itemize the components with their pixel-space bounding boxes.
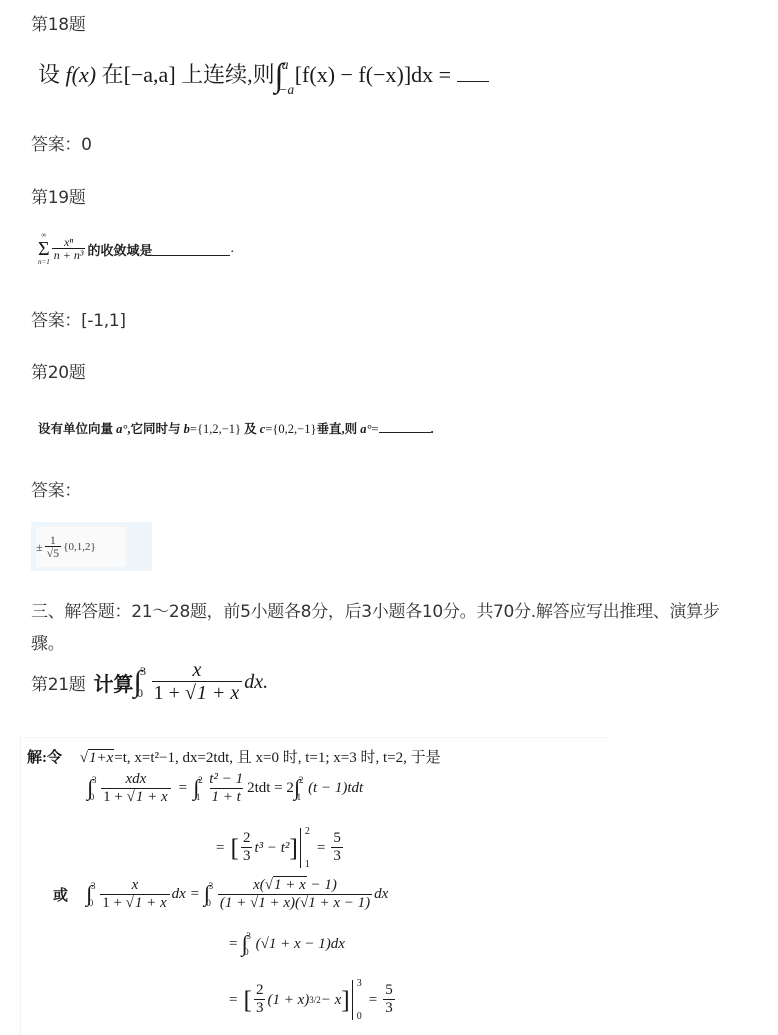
question-20-stem: 设有单位向量 a°,它同时与 b={1,2,−1} 及 c={0,2,−1}垂直… [38,419,434,437]
vector-a-ref: a° [360,422,371,436]
or-label: 或 [53,884,68,905]
q20-text-c: 及 [244,422,257,436]
solution-line-4: 或 ∫30 x1 + √1 + x dx = ∫30 x(√1 + x − 1)… [53,878,388,911]
q18-cont: 上连续,则 [181,62,275,87]
question-20-answer-image: ± 1√5 {0,1,2} [31,522,152,571]
q19-period: . [230,241,234,257]
q20-answer-vector: {0,1,2} [63,541,96,553]
question-19-title: 第19题 [31,183,85,208]
vector-c-value: ={0,2,−1} [265,422,316,436]
vector-a: a° [116,422,127,436]
solution-line-2: ∫30 xdx1 + √1 + x = ∫21 t² − 11 + t 2tdt… [87,772,363,805]
q20-text-a: 设有单位向量 [38,422,113,436]
section-3-heading-cont: 骤。 [31,629,64,654]
solution-label: 解:令 [27,750,62,766]
question-20-answer-label: 答案： [31,476,81,501]
q20-answer-fraction: 1√5 [45,534,62,561]
question-19-stem: ∞ Σ n=1 xⁿn + n³ 的收敛域是 . [38,232,234,266]
integral-sign-icon: ∫a−a [275,60,284,93]
question-21-solution: 解:令 √1+x=t, x=t²−1, dx=2tdt, 且 x=0 时, t=… [20,737,611,1035]
vector-b-value: ={1,2,−1} [190,422,241,436]
q21-tail: dx. [244,671,268,694]
solution-line-5: = ∫30 (√1 + x − 1)dx [229,933,345,956]
question-18-stem: 设 f(x) 在[−a,a] 上连续,则∫a−a [f(x) − f(−x)]d… [38,58,489,93]
sum-sign-icon: ∞ Σ n=1 [38,232,50,266]
question-20-title: 第20题 [31,358,85,383]
plus-minus-icon: ± [36,540,43,555]
q21-fraction: x 1 + √1 + x [152,660,243,704]
q18-in: 在 [102,62,124,87]
solution-line-3: = [ 23 t³ − t² ] 21 = 53 [216,828,345,868]
q20-equals: = [371,422,378,436]
q21-prefix: 计算 [93,668,133,697]
q18-fx: f(x) [66,62,97,87]
question-21-title: 第21题 [31,670,85,695]
q18-interval: [−a,a] [124,62,176,87]
section-3-heading: 三、解答题：21～28题，前5小题各8分，后3小题各10分。共70分.解答应写出… [31,597,720,622]
answer-blank [457,81,489,82]
question-21-stem: 第21题 计算 ∫30 x 1 + √1 + x dx. [31,660,268,704]
q19-text: 的收敛域是 [87,240,152,259]
answer-blank [379,422,431,433]
solution-line-1: 解:令 √1+x=t, x=t²−1, dx=2tdt, 且 x=0 时, t=… [27,746,441,767]
q18-integrand: [f(x) − f(−x)]dx = [295,62,451,87]
q20-text-b: ,它同时与 [127,422,180,436]
q19-fraction: xⁿn + n³ [52,236,86,263]
integral-sign-icon: ∫30 [133,667,141,697]
q20-text-d: 垂直,则 [316,422,357,436]
q18-prefix: 设 [38,62,60,87]
question-19-answer: 答案：[-1,1] [31,306,126,331]
solution-line-6: = [ 23 (1 + x)3/2 − x ] 30 = 53 [229,980,397,1020]
q20-period: . [431,422,434,436]
question-18-title: 第18题 [31,10,85,35]
question-18-answer: 答案：0 [31,130,92,155]
answer-blank [152,243,230,256]
